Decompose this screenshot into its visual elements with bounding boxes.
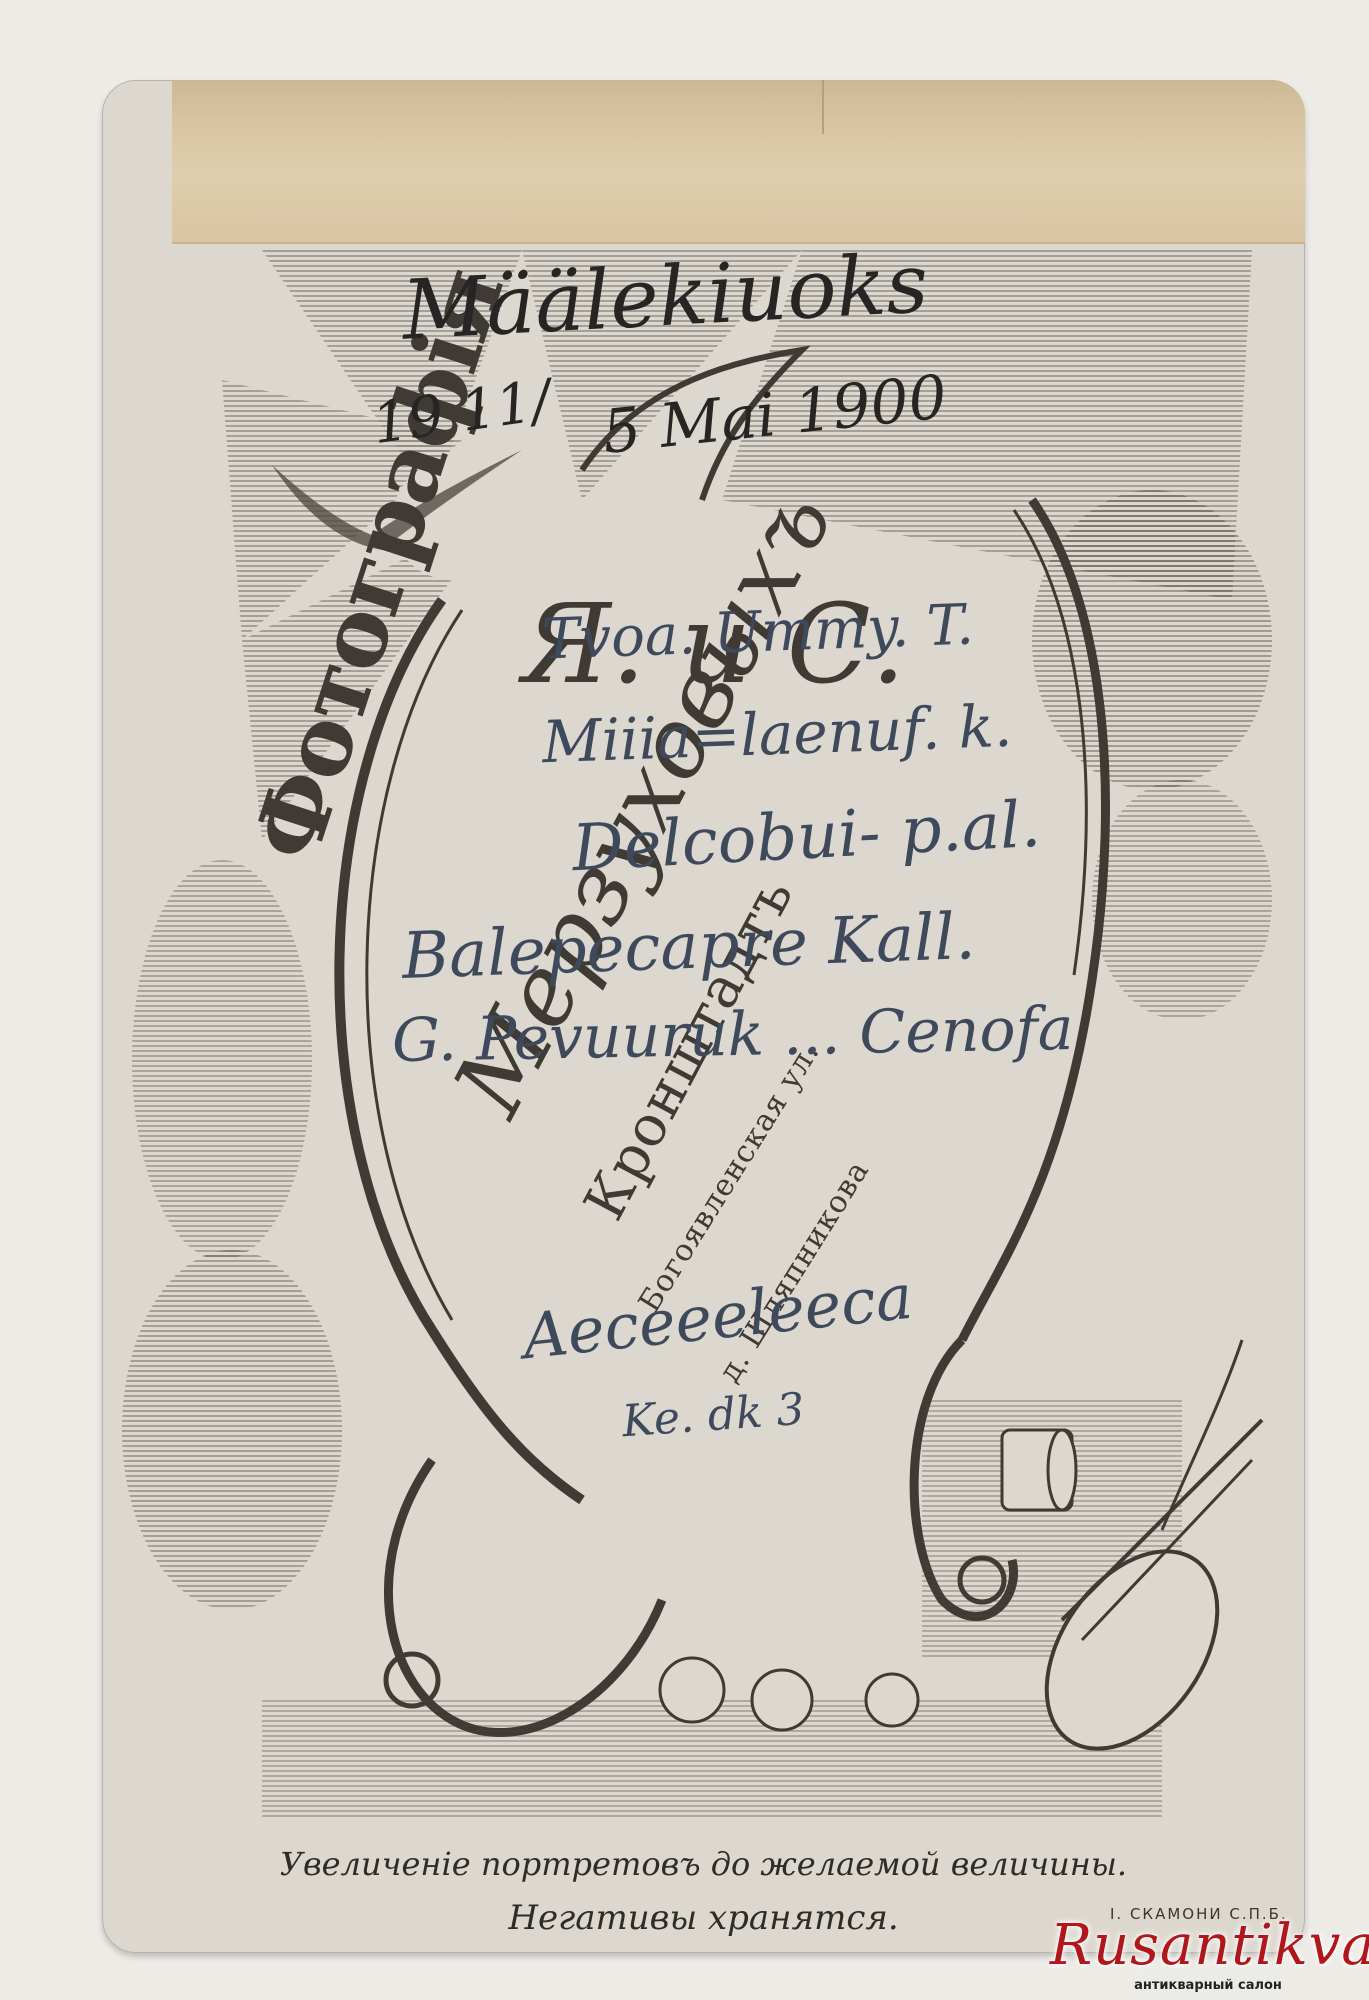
handwriting-line-8: G. Pevuuruk ... Cenofa xyxy=(391,994,1074,1076)
footer-enlargement-note: Увеличеніе портретовъ до желаемой величи… xyxy=(102,1845,1305,1883)
watermark-tagline: антикварный салон xyxy=(1050,1978,1366,1993)
photo-card-back: Фотографія Я. и С. Мерзуховыхъ Кронштадт… xyxy=(102,80,1305,1953)
watermark-brand: Rusantikvar xyxy=(1050,1918,1366,1974)
rusantikvar-watermark: Rusantikvar антикварный салон xyxy=(1050,1918,1366,1993)
